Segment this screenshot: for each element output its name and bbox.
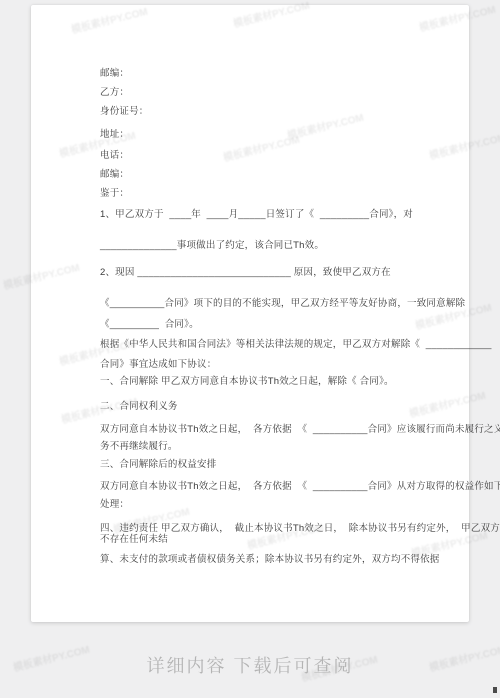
doc-line: 双方同意自本协议书Th效之日起， 各方依据 《 __________合同》应该履… — [100, 424, 500, 436]
doc-line: 不存在任何未结 — [100, 534, 168, 546]
doc-line: 务不再继续履行。 — [100, 441, 178, 453]
preview-stage: 邮编：乙方：身份证号：地址：电话：邮编：鉴于：1、甲乙双方于 ____年 ___… — [0, 0, 500, 698]
doc-line: 根据《中华人民共和国合同法》等相关法律法规的规定，甲乙双方对解除《 ______… — [100, 339, 492, 351]
doc-line: 2、现因 ____________________________ 原因，致使甲… — [100, 267, 391, 279]
doc-line: 《_________ 合同》。 — [100, 319, 199, 331]
doc-line: 双方同意自本协议书Th效之日起， 各方依据 《 __________合同》从对方… — [100, 481, 500, 493]
doc-line: 身份证号： — [100, 106, 149, 118]
doc-line: 《__________合同》项下的目的不能实现，甲乙双方经平等友好协商，一致同意… — [100, 298, 465, 310]
doc-line: 1、甲乙双方于 ____年 ____月_____日签订了《 _________合… — [100, 209, 413, 221]
doc-line: 邮编： — [100, 68, 129, 80]
doc-line: 一、合同解除 甲乙双方同意自本协议书Th效之日起，解除《 合同》。 — [100, 376, 394, 388]
doc-line: 二、合同权利义务 — [100, 401, 178, 413]
doc-line: 鉴于： — [100, 188, 129, 200]
doc-line: 三、合同解除后的权益安排 — [100, 459, 216, 471]
doc-line: 地址： — [100, 129, 129, 141]
doc-line: 算、未支付的款项或者债权债务关系；除本协议书另有约定外，双方均不得依据 — [100, 554, 440, 566]
doc-line: ______________事项做出了约定，该合同已Th效。 — [100, 240, 324, 252]
footer-notice: 详细内容 下载后可查阅 — [0, 652, 500, 678]
doc-line: 处理： — [100, 499, 129, 511]
corner-dot — [493, 687, 497, 693]
doc-line: 邮编： — [100, 169, 129, 181]
doc-line: 合同》事宜达成如下协议： — [100, 359, 216, 371]
doc-line: 电话： — [100, 150, 129, 162]
doc-line: 乙方： — [100, 87, 129, 99]
document-page: 邮编：乙方：身份证号：地址：电话：邮编：鉴于：1、甲乙双方于 ____年 ___… — [31, 5, 469, 622]
